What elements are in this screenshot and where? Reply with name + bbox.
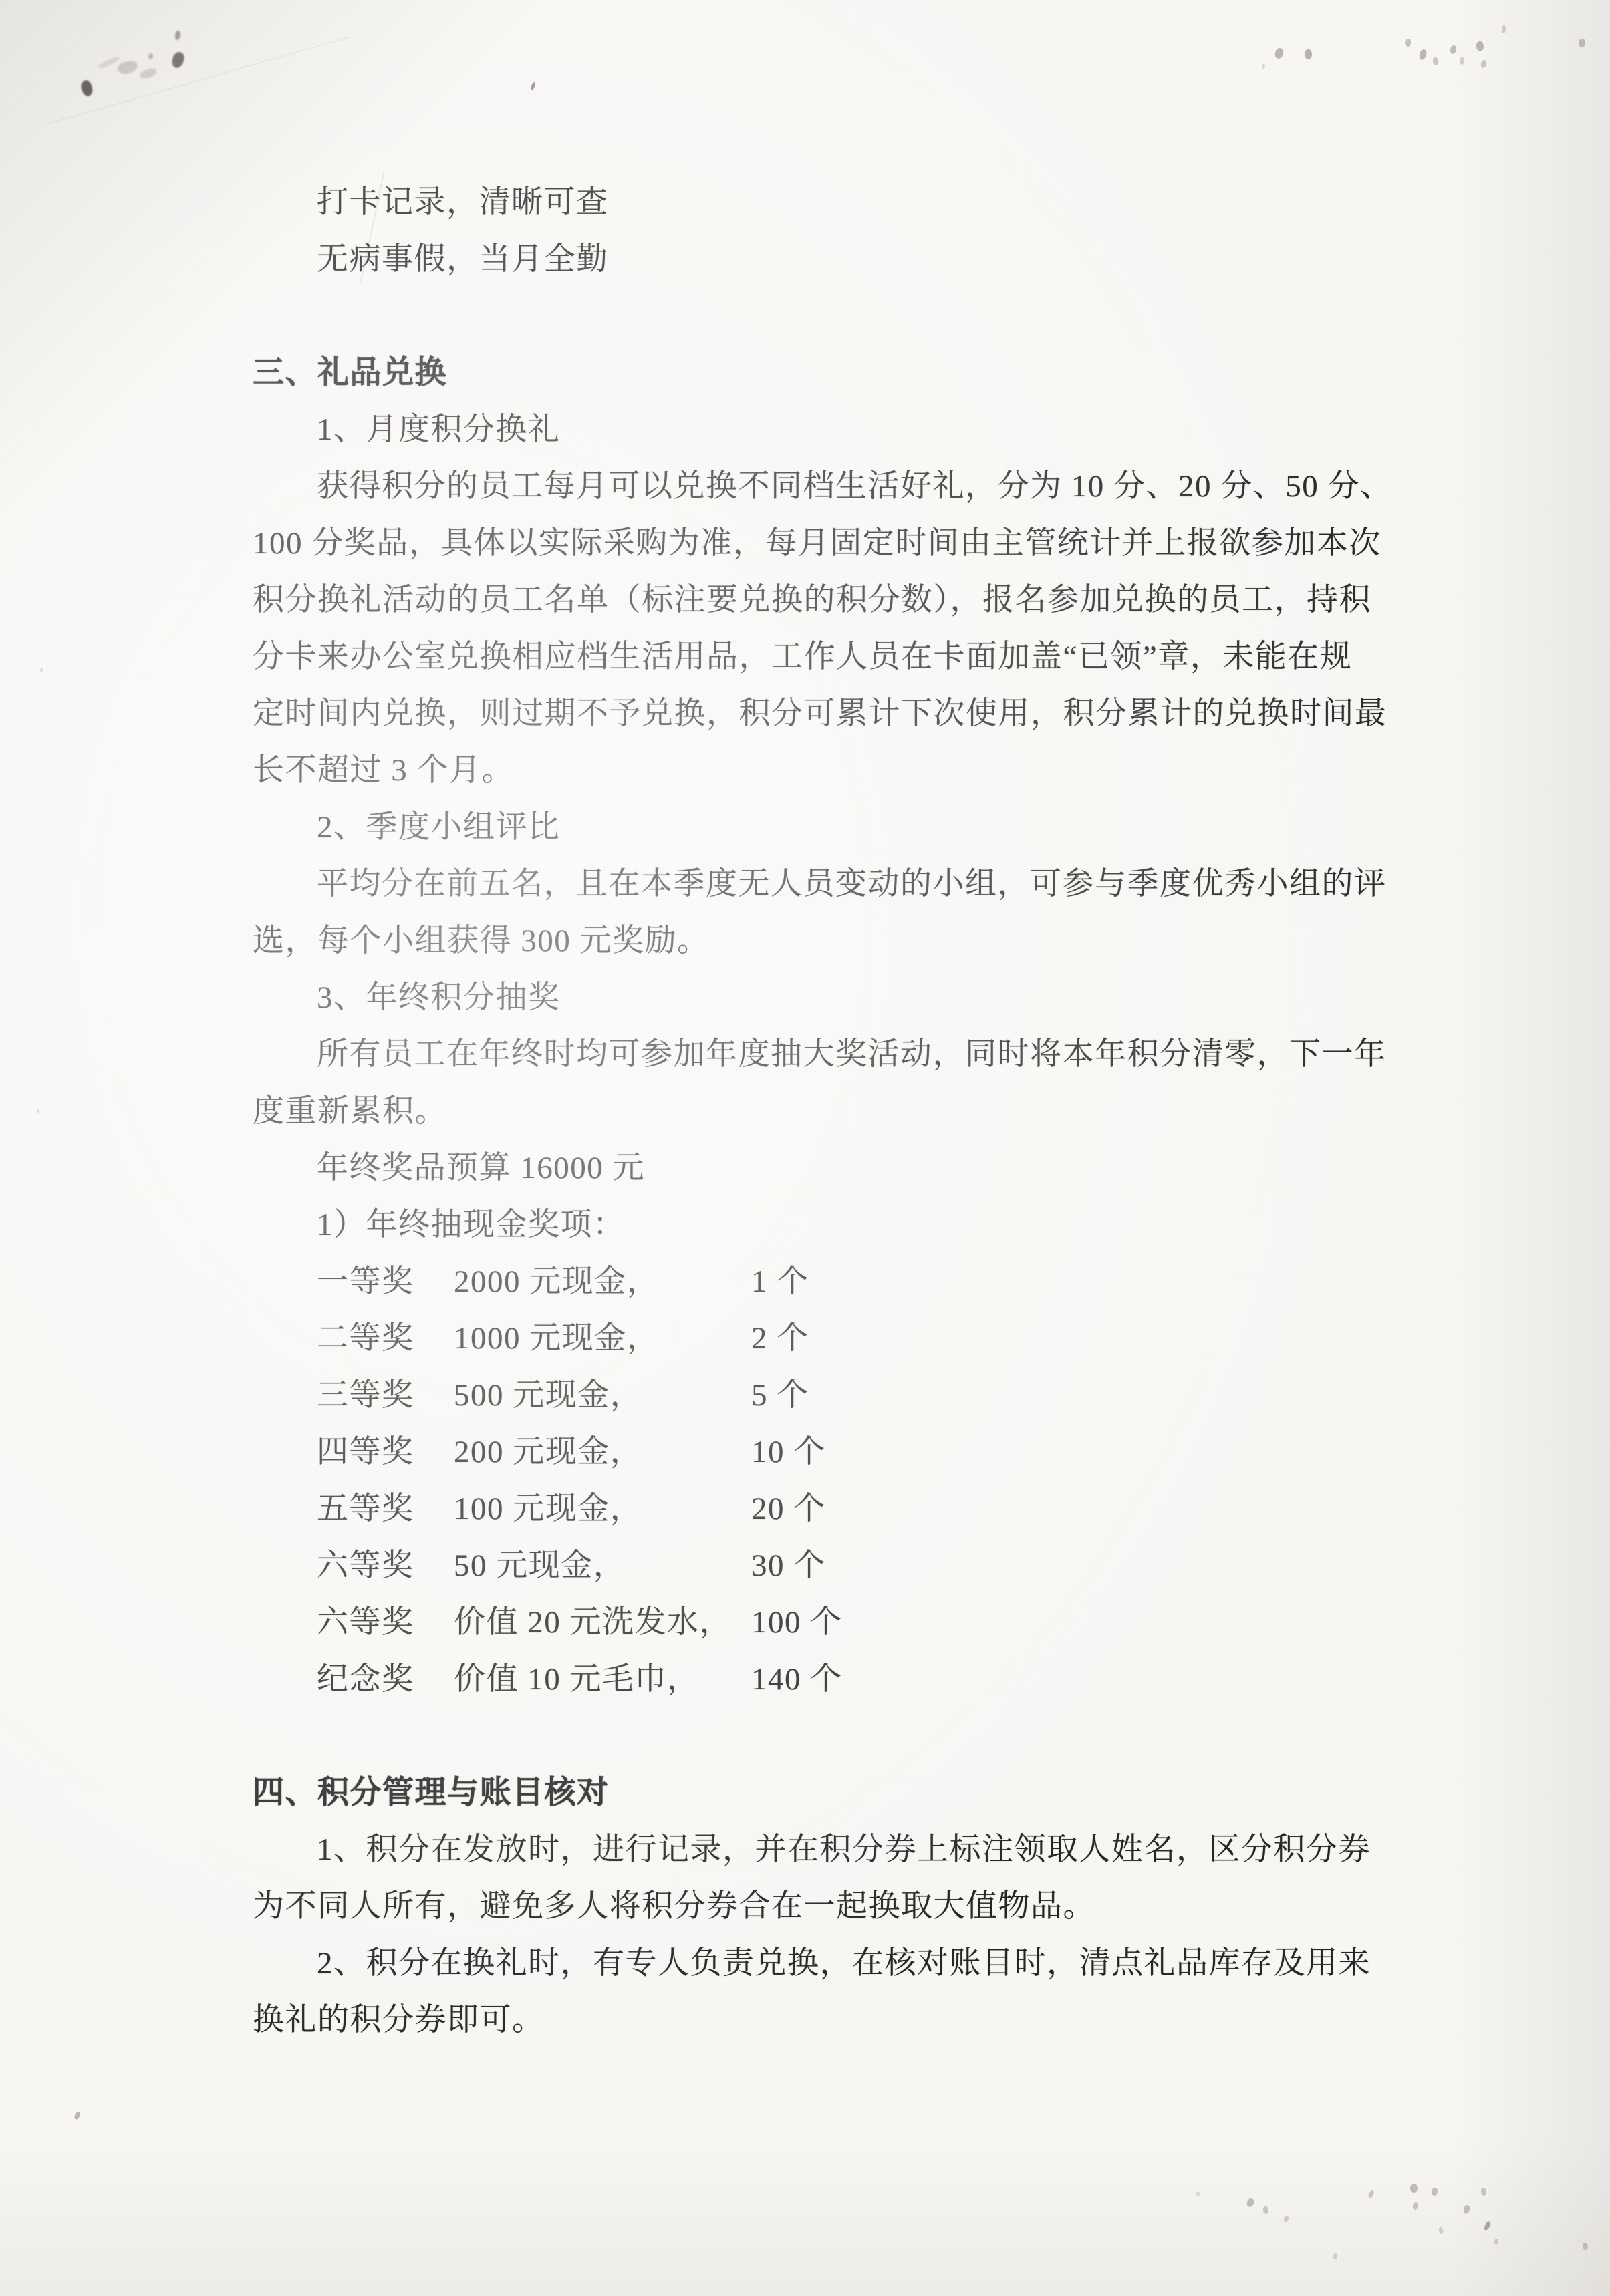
scan-speck	[74, 2111, 81, 2120]
text-line: 换礼的积分券即可。	[253, 1992, 1429, 2049]
text-line: 定时间内兑换，则过期不予兑换，积分可累计下次使用，积分累计的兑换时间最	[253, 686, 1429, 742]
prize-row: 六等奖50 元现金，30 个	[253, 1538, 1429, 1594]
prize-name: 一等奖	[317, 1254, 454, 1310]
scan-speck	[1483, 2220, 1491, 2231]
text-line: 2、季度小组评比	[253, 799, 1429, 856]
scan-speck	[1283, 2216, 1289, 2223]
ink-smudge	[79, 79, 94, 98]
prize-desc: 200 元现金，	[454, 1424, 751, 1481]
scan-speck	[37, 1109, 39, 1113]
document-page: 打卡记录，清晰可查无病事假，当月全勤三、礼品兑换1、月度积分换礼获得积分的员工每…	[253, 174, 1429, 2049]
paper-scratch	[46, 37, 348, 124]
ink-smudge	[148, 53, 153, 59]
scan-speck	[1367, 2190, 1374, 2199]
scan-speck	[1476, 41, 1484, 52]
scan-speck	[1262, 2206, 1269, 2214]
scan-speck	[1262, 64, 1265, 69]
prize-desc: 价值 20 元洗发水，	[454, 1594, 751, 1651]
scan-speck	[1405, 39, 1411, 47]
prize-count: 100 个	[751, 1594, 843, 1651]
scan-speck	[1304, 49, 1313, 59]
text-line: 打卡记录，清晰可查	[253, 174, 1429, 231]
ink-smudge	[171, 51, 186, 69]
text-line: 100 分奖品，具体以实际采购为准，每月固定时间由主管统计并上报欲参加本次	[253, 515, 1429, 572]
scan-speck	[1246, 2198, 1254, 2208]
scan-speck	[1460, 57, 1464, 65]
scan-speck	[1410, 2183, 1418, 2193]
prize-desc: 1000 元现金，	[454, 1310, 751, 1367]
section-heading: 四、积分管理与账目核对	[253, 1765, 1429, 1822]
text-line: 分卡来办公室兑换相应档生活用品，工作人员在卡面加盖“已领”章，未能在规	[253, 629, 1429, 686]
section-heading: 三、礼品兑换	[253, 345, 1429, 402]
text-line: 平均分在前五名，且在本季度无人员变动的小组，可参与季度优秀小组的评	[253, 856, 1429, 913]
prize-name: 四等奖	[317, 1424, 454, 1481]
scan-speck	[1450, 45, 1457, 54]
scan-speck	[1333, 2253, 1337, 2260]
prize-count: 5 个	[751, 1367, 809, 1424]
text-line: 选，每个小组获得 300 元奖励。	[253, 913, 1429, 970]
text-line: 1、月度积分换礼	[253, 402, 1429, 458]
text-line: 为不同人所有，避免多人将积分券合在一起换取大值物品。	[253, 1878, 1429, 1935]
prize-name: 六等奖	[317, 1594, 454, 1651]
scanned-document: { "page": { "background_color": "#f7f6f3…	[0, 0, 1610, 2296]
scan-speck	[1438, 2227, 1444, 2234]
prize-count: 1 个	[751, 1254, 809, 1310]
prize-name: 纪念奖	[317, 1651, 454, 1708]
paragraph-gap	[253, 1708, 1429, 1765]
scan-speck	[1480, 59, 1487, 68]
scan-speck	[1502, 25, 1506, 33]
ink-smudge	[117, 60, 139, 76]
scan-speck	[1274, 47, 1285, 59]
prize-desc: 100 元现金，	[454, 1481, 751, 1538]
ink-smudge	[174, 31, 180, 41]
prize-count: 20 个	[751, 1481, 826, 1538]
text-line: 2、积分在换礼时，有专人负责兑换，在核对账目时，清点礼品库存及用来	[253, 1935, 1429, 1992]
text-line: 3、年终积分抽奖	[253, 970, 1429, 1026]
text-line: 积分换礼活动的员工名单（标注要兑换的积分数），报名参加兑换的员工，持积	[253, 572, 1429, 629]
text-line: 年终奖品预算 16000 元	[253, 1140, 1429, 1197]
scan-speck	[1432, 57, 1439, 65]
prize-row: 三等奖500 元现金，5 个	[253, 1367, 1429, 1424]
prize-row: 纪念奖价值 10 元毛巾，140 个	[253, 1651, 1429, 1708]
text-line: 无病事假，当月全勤	[253, 231, 1429, 288]
text-line: 所有员工在年终时均可参加年度抽大奖活动，同时将本年积分清零，下一年	[253, 1026, 1429, 1083]
paragraph-gap	[253, 288, 1429, 345]
prize-desc: 价值 10 元毛巾，	[454, 1651, 751, 1708]
prize-row: 五等奖100 元现金，20 个	[253, 1481, 1429, 1538]
scan-speck	[1582, 2242, 1589, 2250]
prize-desc: 50 元现金，	[454, 1538, 751, 1594]
text-line: 获得积分的员工每月可以兑换不同档生活好礼，分为 10 分、20 分、50 分、	[253, 458, 1429, 515]
prize-row: 四等奖200 元现金，10 个	[253, 1424, 1429, 1481]
scan-speck	[1578, 39, 1585, 48]
scan-speck	[531, 82, 536, 91]
prize-count: 2 个	[751, 1310, 809, 1367]
prize-count: 10 个	[751, 1424, 826, 1481]
text-line: 1、积分在发放时，进行记录，并在积分券上标注领取人姓名，区分积分券	[253, 1822, 1429, 1878]
prize-desc: 500 元现金，	[454, 1367, 751, 1424]
prize-row: 二等奖1000 元现金，2 个	[253, 1310, 1429, 1367]
prize-name: 五等奖	[317, 1481, 454, 1538]
scan-speck	[1196, 2192, 1200, 2196]
prize-name: 三等奖	[317, 1367, 454, 1424]
prize-row: 一等奖2000 元现金，1 个	[253, 1254, 1429, 1310]
prize-row: 六等奖价值 20 元洗发水，100 个	[253, 1594, 1429, 1651]
prize-name: 六等奖	[317, 1538, 454, 1594]
scan-speck	[1463, 2204, 1471, 2214]
ink-smudge	[98, 55, 120, 69]
scan-speck	[1432, 2188, 1438, 2196]
scan-speck	[1412, 2202, 1419, 2210]
scan-speck	[40, 668, 43, 672]
text-line: 1）年终抽现金奖项：	[253, 1197, 1429, 1254]
text-line: 度重新累积。	[253, 1083, 1429, 1140]
scan-speck	[1480, 2187, 1487, 2196]
ink-smudge	[139, 67, 158, 80]
scan-speck	[1494, 2239, 1498, 2245]
prize-count: 30 个	[751, 1538, 826, 1594]
prize-desc: 2000 元现金，	[454, 1254, 751, 1310]
prize-name: 二等奖	[317, 1310, 454, 1367]
scan-speck	[1418, 49, 1428, 61]
text-line: 长不超过 3 个月。	[253, 742, 1429, 799]
prize-count: 140 个	[751, 1651, 843, 1708]
